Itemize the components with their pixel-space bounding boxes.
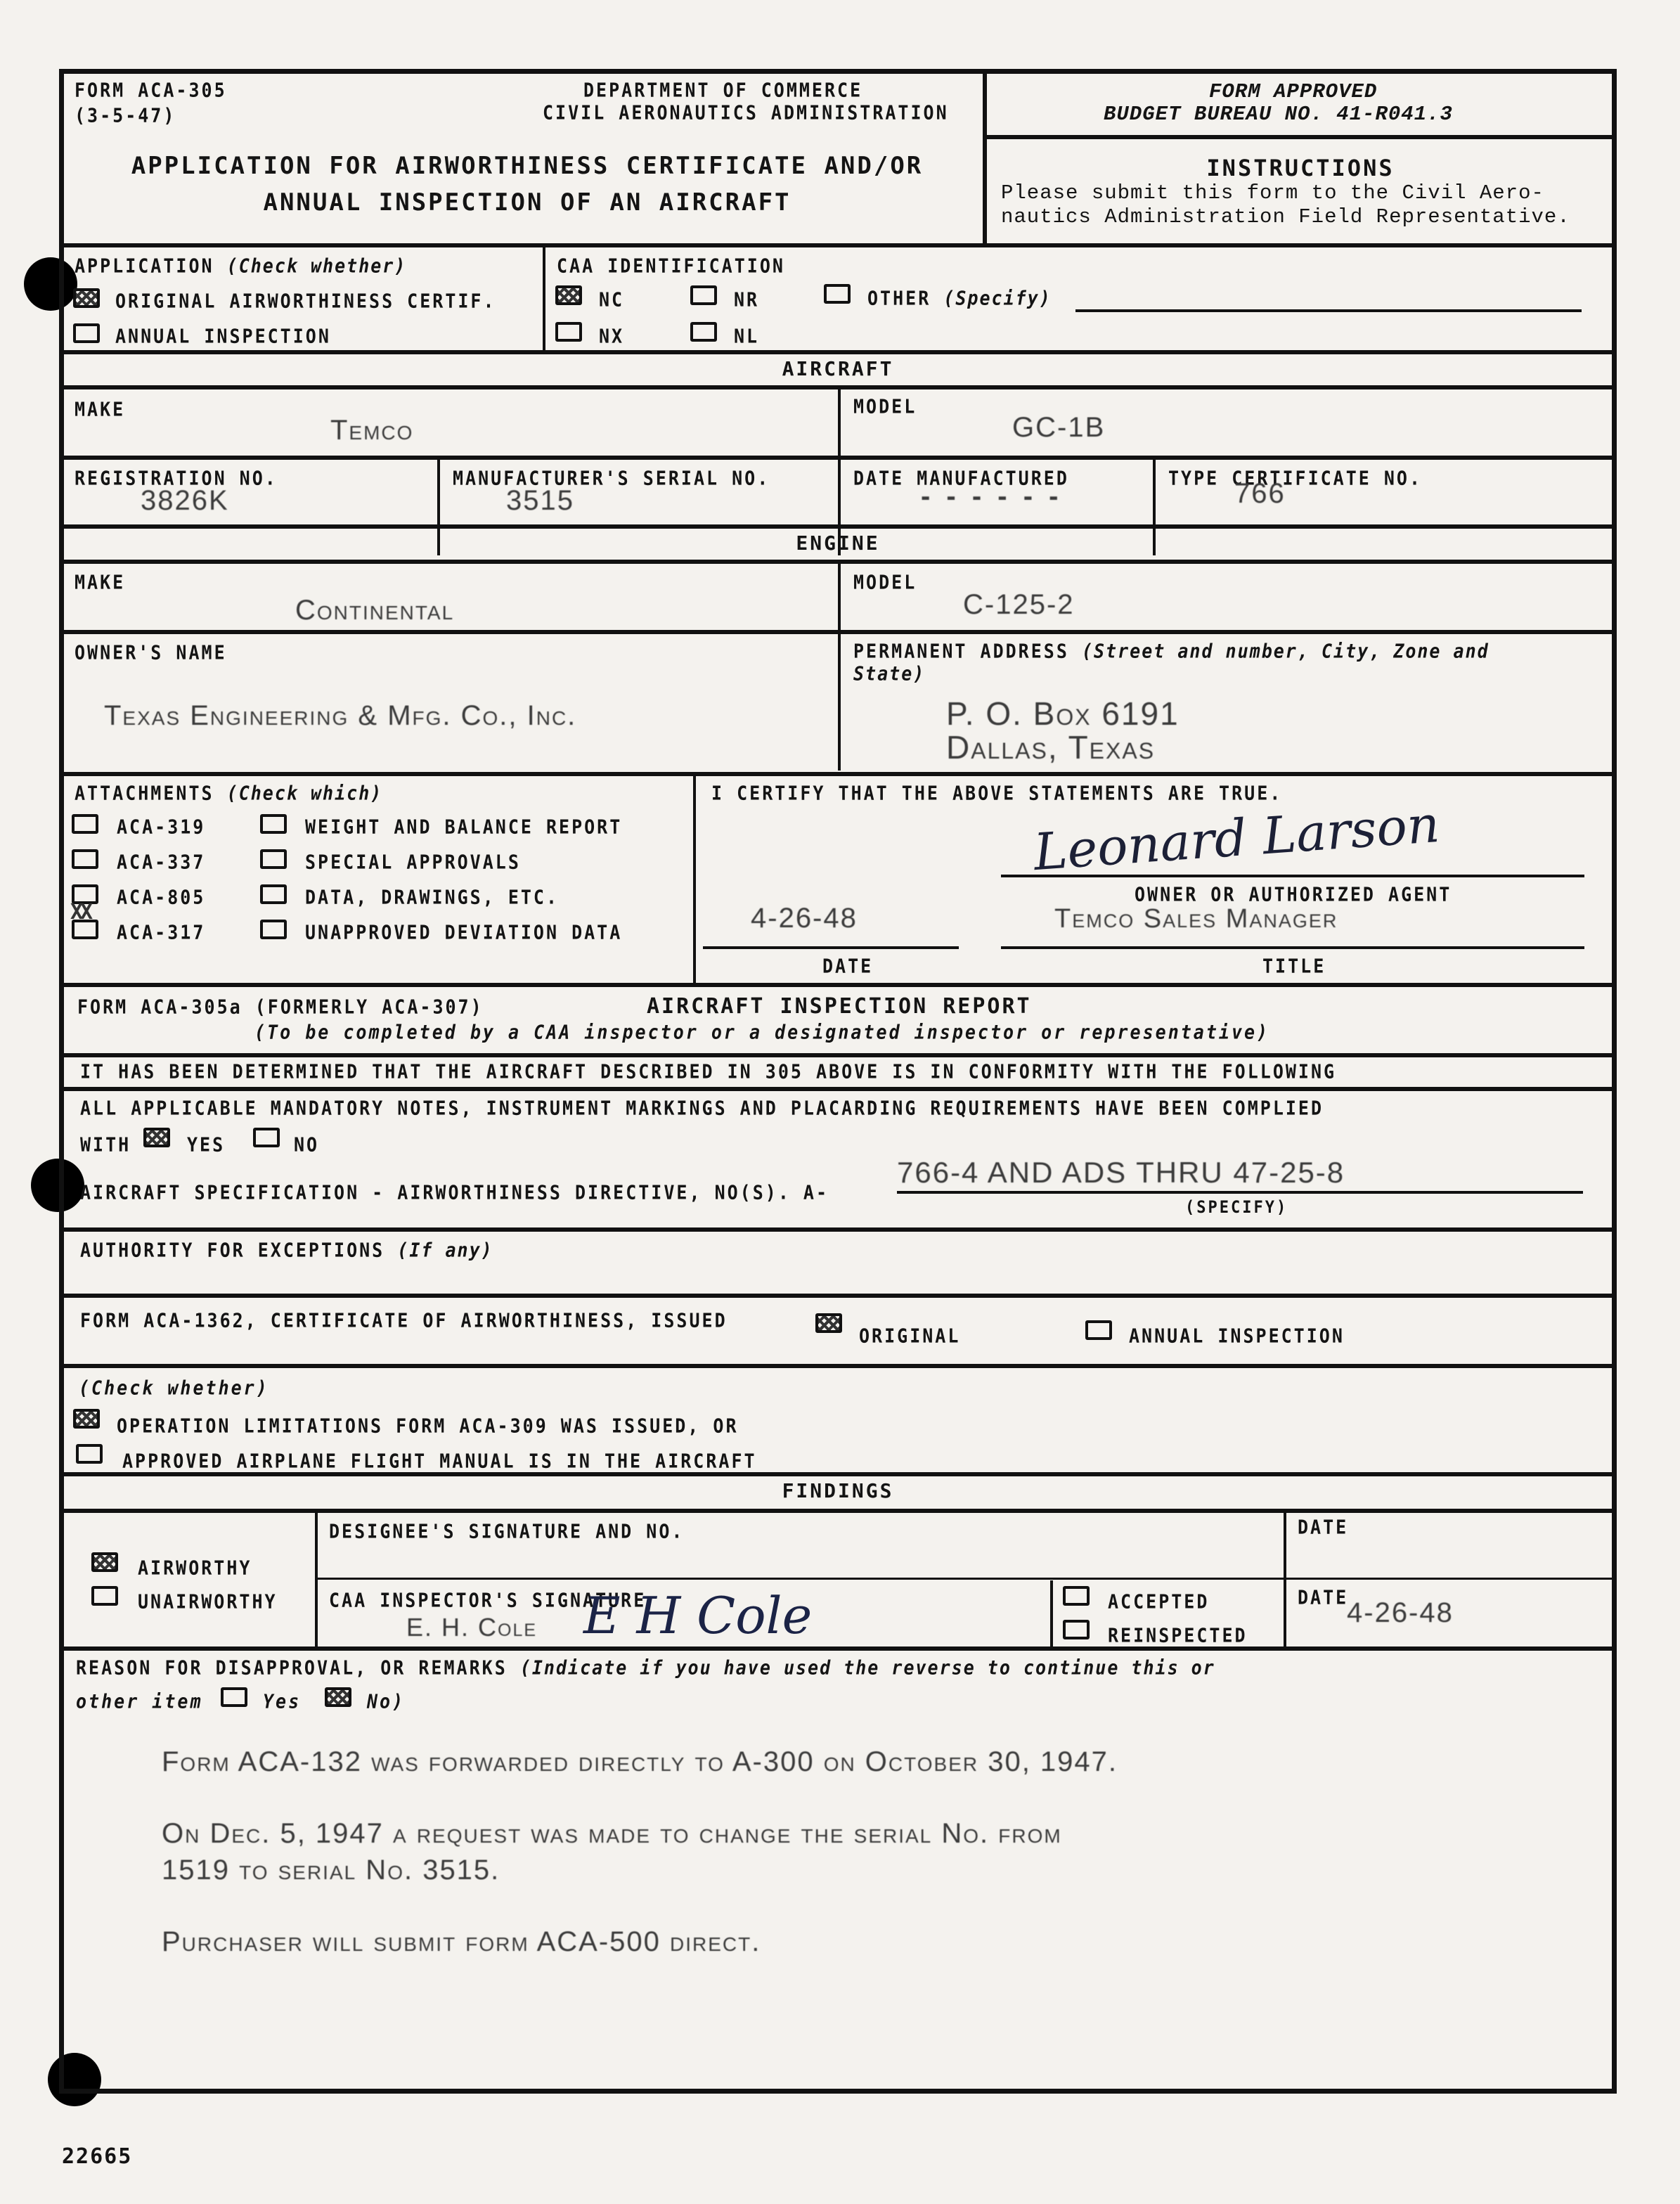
row-divider xyxy=(59,1646,1617,1651)
checkbox-aca-337[interactable] xyxy=(72,849,98,869)
attachment-weight-balance: WEIGHT AND BALANCE REPORT xyxy=(305,816,622,838)
certificate-issued-label: FORM ACA-1362, CERTIFICATE OF AIRWORTHIN… xyxy=(80,1309,728,1332)
checkbox-aca-319[interactable] xyxy=(72,814,98,834)
checkbox-unapproved-deviation[interactable] xyxy=(260,920,287,939)
title-line xyxy=(1001,946,1584,949)
checkbox-weight-balance[interactable] xyxy=(260,814,287,834)
checkbox-complied-no[interactable] xyxy=(253,1128,280,1147)
attachment-aca-337: ACA-337 xyxy=(117,851,205,873)
certification-title-value[interactable]: Temco Sales Manager xyxy=(1054,904,1338,934)
checkbox-certificate-annual[interactable] xyxy=(1085,1320,1112,1340)
instructions-text-line1: Please submit this form to the Civil Aer… xyxy=(1001,181,1544,205)
row-divider xyxy=(59,1509,1617,1513)
with-label: WITH xyxy=(80,1133,131,1156)
instructions-heading: INSTRUCTIONS xyxy=(984,155,1617,181)
aircraft-make-value[interactable]: Temco xyxy=(330,415,413,446)
agency-administration: CIVIL AERONAUTICS ADMINISTRATION xyxy=(543,101,949,124)
certification-statement: I CERTIFY THAT THE ABOVE STATEMENTS ARE … xyxy=(711,782,1282,804)
inspection-report-subtitle: (To be completed by a CAA inspector or a… xyxy=(254,1021,1269,1043)
remarks-line3: 1519 to serial No. 3515. xyxy=(162,1855,500,1886)
option-nr: NR xyxy=(734,288,759,311)
unairworthy-label: UNAIRWORTHY xyxy=(138,1590,278,1613)
remarks-line1: Form ACA-132 was forwarded directly to A… xyxy=(162,1746,1118,1778)
col-divider xyxy=(315,1512,318,1648)
option-nx: NX xyxy=(599,325,624,347)
permanent-address-label: PERMANENT ADDRESS (Street and number, Ci… xyxy=(853,640,1490,662)
row-divider xyxy=(59,524,1617,529)
row-divider xyxy=(59,243,1617,247)
checkbox-special-approvals[interactable] xyxy=(260,849,287,869)
col-divider xyxy=(1284,1512,1286,1648)
type-certificate-value[interactable]: 766 xyxy=(1234,478,1286,510)
caa-identification-label: CAA IDENTIFICATION xyxy=(557,254,785,277)
checkbox-reverse-yes[interactable] xyxy=(221,1687,247,1707)
other-specify-field[interactable] xyxy=(1075,309,1582,312)
attachment-aca-317: ACA-317 xyxy=(117,921,205,943)
col-divider xyxy=(838,562,841,771)
row-divider xyxy=(59,1227,1617,1232)
section-engine: ENGINE xyxy=(59,531,1617,555)
form-approved: FORM APPROVED xyxy=(1209,80,1377,103)
serial-label: MANUFACTURER'S SERIAL NO. xyxy=(453,467,770,489)
date-line xyxy=(703,946,959,949)
col-divider xyxy=(838,388,841,555)
checkbox-flight-manual[interactable] xyxy=(76,1444,103,1464)
attachment-unapproved-deviation: UNAPPROVED DEVIATION DATA xyxy=(305,921,622,943)
checkbox-nx[interactable] xyxy=(555,322,582,342)
exceptions-label: AUTHORITY FOR EXCEPTIONS (If any) xyxy=(80,1239,493,1261)
checkbox-complied-yes[interactable] xyxy=(143,1128,170,1147)
checkbox-airworthy[interactable] xyxy=(91,1552,118,1572)
row-divider xyxy=(59,1087,1617,1091)
row-divider xyxy=(59,1364,1617,1368)
inspector-date-value[interactable]: 4-26-48 xyxy=(1347,1597,1454,1629)
aircraft-model-value[interactable]: GC-1B xyxy=(1012,412,1105,444)
row-divider xyxy=(59,456,1617,460)
serial-value[interactable]: 3515 xyxy=(506,485,574,517)
aircraft-specification-value[interactable]: 766-4 AND ADS THRU 47-25-8 xyxy=(897,1156,1345,1190)
address-line1[interactable]: P. O. Box 6191 xyxy=(946,695,1180,733)
certification-date-value[interactable]: 4-26-48 xyxy=(751,903,858,934)
engine-make-value[interactable]: Continental xyxy=(295,595,454,626)
remarks-line2: On Dec. 5, 1947 a request was made to ch… xyxy=(162,1818,1062,1850)
form-title-line1: APPLICATION FOR AIRWORTHINESS CERTIFICAT… xyxy=(63,152,991,180)
attachment-aca-319: ACA-319 xyxy=(117,816,205,838)
remarks-label: REASON FOR DISAPPROVAL, OR REMARKS (Indi… xyxy=(76,1656,1215,1679)
reinspected-label: REINSPECTED xyxy=(1108,1624,1248,1646)
col-divider xyxy=(1050,1580,1053,1648)
date-manufactured-value[interactable]: - - - - - - xyxy=(921,481,1063,513)
option-other: OTHER (Specify) xyxy=(867,287,1052,309)
form-number: FORM ACA-305 xyxy=(75,79,227,101)
inspection-report-title: AIRCRAFT INSPECTION REPORT xyxy=(647,994,1032,1019)
flight-manual-label: APPROVED AIRPLANE FLIGHT MANUAL IS IN TH… xyxy=(122,1450,757,1472)
inspector-name-value[interactable]: E. H. Cole xyxy=(406,1613,537,1642)
inspector-date-label: DATE xyxy=(1298,1586,1348,1609)
checkbox-operation-limitations[interactable] xyxy=(73,1409,100,1429)
checkbox-reverse-no[interactable] xyxy=(325,1687,351,1707)
row-divider xyxy=(59,1053,1617,1057)
checkbox-unairworthy[interactable] xyxy=(91,1586,118,1606)
type-certificate-label: TYPE CERTIFICATE NO. xyxy=(1168,467,1422,489)
agency-department: DEPARTMENT OF COMMERCE xyxy=(583,79,862,101)
aircraft-specification-label: AIRCRAFT SPECIFICATION - AIRWORTHINESS D… xyxy=(80,1181,829,1204)
checkbox-aca-317[interactable] xyxy=(72,920,98,939)
conformity-statement: IT HAS BEEN DETERMINED THAT THE AIRCRAFT… xyxy=(80,1060,1336,1083)
section-aircraft: AIRCRAFT xyxy=(59,357,1617,380)
checkbox-nr[interactable] xyxy=(690,285,717,305)
remarks-line4: Purchaser will submit form ACA-500 direc… xyxy=(162,1926,761,1958)
certificate-annual-label: ANNUAL INSPECTION xyxy=(1129,1325,1345,1347)
attachment-data-drawings: DATA, DRAWINGS, ETC. xyxy=(305,886,559,908)
row-divider xyxy=(59,1472,1617,1476)
option-nl: NL xyxy=(734,325,759,347)
signature-line xyxy=(1001,875,1584,877)
specification-line xyxy=(897,1191,1583,1194)
operation-limitations-label: OPERATION LIMITATIONS FORM ACA-309 WAS I… xyxy=(117,1414,739,1437)
aircraft-make-label: MAKE xyxy=(75,398,125,420)
budget-bureau-number: BUDGET BUREAU NO. 41-R041.3 xyxy=(1104,103,1453,126)
form-revision-date: (3-5-47) xyxy=(75,104,176,127)
row-divider xyxy=(59,350,1617,354)
address-line2[interactable]: Dallas, Texas xyxy=(946,728,1155,766)
form-title-line2: ANNUAL INSPECTION OF AN AIRCRAFT xyxy=(63,188,991,217)
complied-yes-label: YES xyxy=(187,1133,225,1156)
row-divider xyxy=(59,772,1617,776)
registration-value[interactable]: 3826K xyxy=(141,485,229,517)
reverse-no-label: No) xyxy=(367,1690,405,1713)
application-label: APPLICATION (Check whether) xyxy=(75,254,406,277)
attachments-label: ATTACHMENTS (Check which) xyxy=(75,782,382,804)
checkbox-annual-inspection[interactable] xyxy=(73,323,100,343)
checkbox-accepted[interactable] xyxy=(1063,1586,1090,1606)
option-original-airworthiness: ORIGINAL AIRWORTHINESS CERTIF. xyxy=(115,290,496,312)
attachment-aca-805: ACA-805 xyxy=(117,886,205,908)
checkbox-data-drawings[interactable] xyxy=(260,884,287,904)
checkbox-other[interactable] xyxy=(824,284,851,304)
engine-make-label: MAKE xyxy=(75,571,125,593)
remarks-hint-line2: other item xyxy=(76,1690,203,1713)
checkbox-nc[interactable] xyxy=(555,285,582,305)
row-divider xyxy=(59,1294,1617,1298)
check-whether-hint: (Check whether) xyxy=(79,1377,269,1399)
checkbox-original-airworthiness[interactable] xyxy=(73,288,100,308)
section-findings: FINDINGS xyxy=(59,1479,1617,1502)
specify-caption: (SPECIFY) xyxy=(1185,1198,1288,1218)
designee-signature-label: DESIGNEE'S SIGNATURE AND NO. xyxy=(329,1520,684,1542)
owner-name-value[interactable]: Texas Engineering & Mfg. Co., Inc. xyxy=(104,700,576,732)
reverse-yes-label: Yes xyxy=(263,1690,301,1713)
instructions-text-line2: nautics Administration Field Representat… xyxy=(1001,205,1570,228)
row-divider xyxy=(59,983,1617,987)
title-caption: TITLE xyxy=(1262,955,1326,977)
signer-caption: OWNER OR AUTHORIZED AGENT xyxy=(1135,883,1452,906)
application-divider xyxy=(543,246,545,352)
form-305a-label: FORM ACA-305a (FORMERLY ACA-307) xyxy=(77,995,484,1018)
row-divider xyxy=(316,1578,1617,1580)
option-nc: NC xyxy=(599,288,624,311)
checkbox-nl[interactable] xyxy=(690,322,717,342)
checkbox-reinspected[interactable] xyxy=(1063,1620,1090,1639)
document-number: 22665 xyxy=(62,2144,132,2169)
certificate-original-label: ORIGINAL xyxy=(859,1325,960,1347)
row-divider xyxy=(59,630,1617,634)
attachment-special-approvals: SPECIAL APPROVALS xyxy=(305,851,521,873)
engine-model-value[interactable]: C-125-2 xyxy=(963,589,1075,621)
checkbox-certificate-original[interactable] xyxy=(815,1313,842,1333)
engine-model-label: MODEL xyxy=(853,571,917,593)
option-annual-inspection: ANNUAL INSPECTION xyxy=(115,325,331,347)
date-caption: DATE xyxy=(822,955,873,977)
aircraft-model-label: MODEL xyxy=(853,395,917,418)
complied-no-label: NO xyxy=(294,1133,319,1156)
designee-date-label: DATE xyxy=(1298,1516,1348,1538)
approval-divider xyxy=(984,135,1617,139)
mandatory-notes-statement: ALL APPLICABLE MANDATORY NOTES, INSTRUME… xyxy=(80,1097,1324,1119)
owner-name-label: OWNER'S NAME xyxy=(75,641,227,664)
airworthy-label: AIRWORTHY xyxy=(138,1557,252,1579)
col-divider xyxy=(693,775,696,984)
permanent-address-hint: State) xyxy=(853,662,925,685)
inspector-signature[interactable]: E H Cole xyxy=(583,1586,812,1645)
accepted-label: ACCEPTED xyxy=(1108,1590,1209,1613)
